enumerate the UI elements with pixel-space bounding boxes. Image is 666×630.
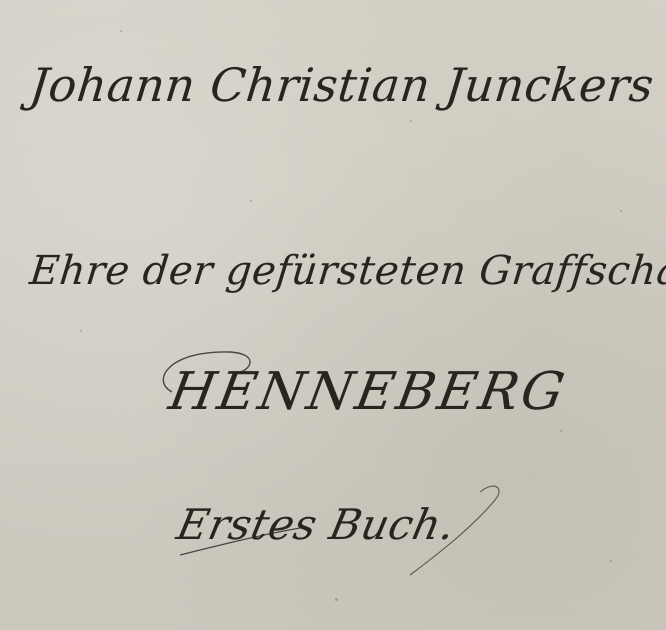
- paper-speck: [335, 598, 338, 601]
- paper-speck: [120, 30, 122, 32]
- paper-speck: [250, 200, 252, 202]
- dedication-line: Ehre der gefürsteten Graffschafft: [28, 248, 666, 294]
- book-subtitle: Erstes Buch.: [173, 500, 460, 549]
- paper-speck: [410, 120, 412, 122]
- paper-speck: [620, 210, 622, 212]
- paper-speck: [610, 560, 612, 562]
- paper-speck: [560, 430, 562, 432]
- paper-speck: [80, 330, 82, 332]
- county-title: HENNEBERG: [165, 362, 572, 422]
- author-line: Johann Christian Junckers: [27, 58, 656, 112]
- manuscript-page: Johann Christian Junckers Ehre der gefür…: [0, 0, 666, 630]
